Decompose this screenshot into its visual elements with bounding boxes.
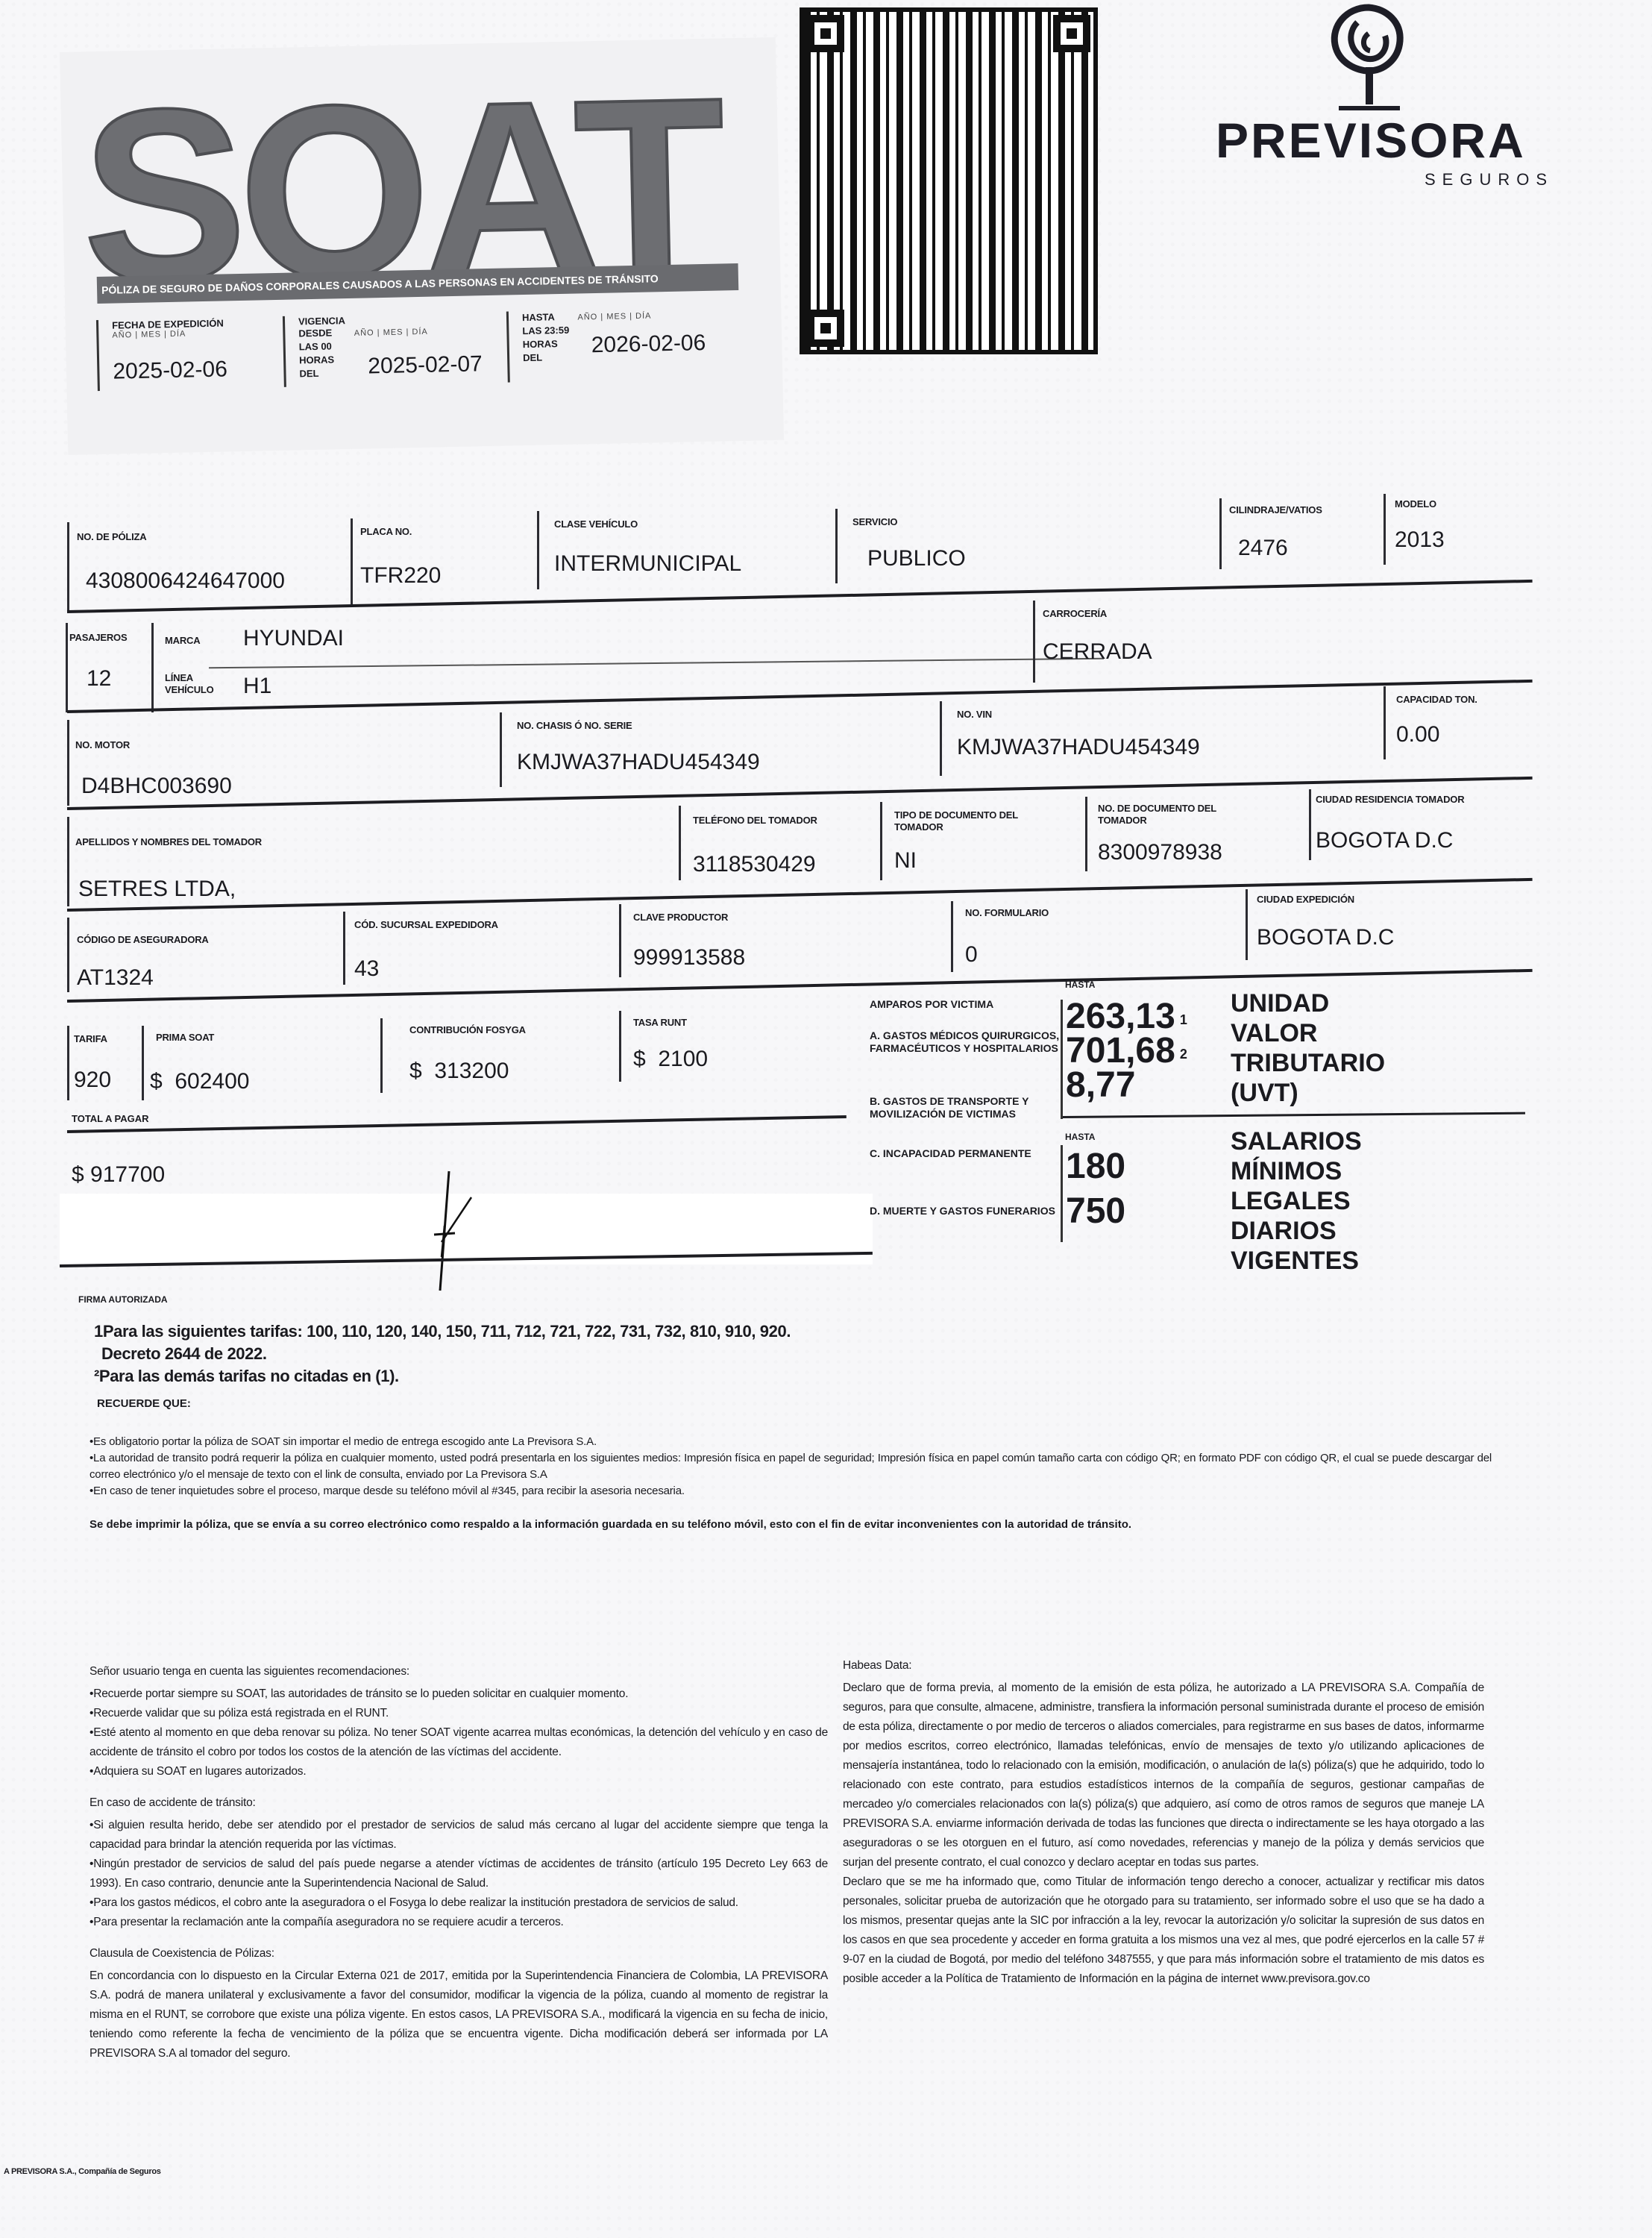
uvt-value-a2: 701,682 [1066,1034,1187,1068]
field-tomador-nombre: Apellidos y nombres del tomador SETRES L… [67,817,679,906]
unit-word: DIARIOS [1231,1216,1362,1246]
notes-section: 1Para las siguientes tarifas: 100, 110, … [89,1320,1492,1534]
field-value: $ 602400 [150,1069,249,1094]
qr-finder-icon [1053,15,1090,52]
field-ciudad-expedicion: Ciudad expedición BOGOTA D.C [1246,889,1529,960]
field-poliza: No. de póliza 4308006424647000 [67,522,351,612]
firma-label: Firma autorizada [78,1294,168,1305]
amparos-title: Amparos por victima [870,998,993,1011]
field-label: Servicio [852,516,1208,528]
vigencia-desde-sub: AÑO | MES | DÍA [354,327,428,338]
accident-title: En caso de accidente de tránsito: [89,1793,828,1813]
uvt-unit: UNIDAD VALOR TRIBUTARIO (UVT) [1231,988,1385,1108]
currency-symbol: $ [72,1162,84,1187]
field-tomador-num-doc: No. de documento del tomador 8300978938 [1085,797,1309,871]
field-label: No. de póliza [77,531,351,543]
amparo-b: B. Gastos de transporte y movilización d… [870,1095,1064,1120]
field-value: 43 [354,956,379,982]
qr-finder-icon [807,15,844,52]
field-value: KMJWA37HADU454349 [957,735,1200,760]
recuerde-title: RECUERDE QUE: [97,1397,1492,1411]
unit-word: (UVT) [1231,1078,1385,1108]
vigencia-desde-side: DESDE LAS 00 HORAS DEL [298,326,351,380]
field-tarifa: Tarifa 920 [67,1026,142,1100]
field-clave-productor: Clave productor 999913588 [619,904,876,977]
uvt-values: 263,131 701,682 8,77 [1061,1000,1187,1119]
rec-item: •Recuerde validar que su póliza está reg… [89,1704,828,1723]
field-cod-aseguradora: Código de aseguradora AT1324 [67,918,343,992]
field-cilindraje: Cilindraje/Vatios 2476 [1219,498,1380,569]
coexistencia-text: En concordancia con lo dispuesto en la C… [89,1966,828,2063]
total-amount: 917700 [90,1162,165,1187]
accident-item: •Si alguien resulta herido, debe ser ate… [89,1816,828,1855]
field-label: Ciudad expedición [1257,894,1529,906]
field-tomador-tipo-doc: Tipo de documento del tomador NI [880,802,1085,880]
accident-item: •Para presentar la reclamación ante la c… [89,1913,828,1932]
vigencia-desde-value: 2025-02-07 [368,351,483,379]
rec-title: Señor usuario tenga en cuenta las siguie… [89,1662,828,1681]
fecha-expedicion: Fecha de expedición AÑO | MES | DÍA 2025… [96,316,284,391]
amparos-section: Amparos por victima A. Gastos médicos qu… [865,970,1536,1298]
field-value: INTERMUNICIPAL [554,551,741,577]
habeas-p2: Declaro que se me ha informado que, como… [843,1872,1484,1989]
footnote-1b: Decreto 2644 de 2022. [101,1343,1492,1365]
currency-symbol: $ [150,1069,163,1094]
accident-item: •Ningún prestador de servicios de salud … [89,1855,828,1893]
field-label: Teléfono del tomador [693,815,880,827]
total-value: $ 917700 [72,1162,165,1188]
field-value: 999913588 [633,945,745,971]
unit-word: LEGALES [1231,1186,1362,1216]
field-label: Tarifa [74,1033,142,1045]
vigencia-hasta-side: HASTA LAS 23:59 HORAS DEL [522,310,575,365]
fosyga-amount: 313200 [434,1059,509,1083]
field-modelo: Modelo 2013 [1384,494,1533,565]
field-value: BOGOTA D.C [1316,828,1453,853]
field-label: Cód. sucursal expedidora [354,919,619,931]
recommendations-column: Señor usuario tenga en cuenta las siguie… [89,1655,828,2063]
previsora-brand: PREVISORA SEGUROS [1208,0,1559,194]
field-chasis: No. chasis ó No. serie KMJWA37HADU454349 [500,712,940,787]
field-label: Apellidos y nombres del tomador [75,836,679,848]
linea-value: H1 [243,674,271,699]
field-pasajeros: Pasajeros 12 [66,623,151,712]
rec-item: •Esté atento al momento en que deba reno… [89,1723,828,1762]
field-label: Carrocería [1043,608,1480,620]
coexistencia-title: Clausula de Coexistencia de Pólizas: [89,1944,828,1963]
recuerde-3: •En caso de tener inquietudes sobre el p… [89,1483,1492,1499]
field-value: 920 [74,1068,111,1093]
recuerde-1: •Es obligatorio portar la póliza de SOAT… [89,1434,1492,1450]
smldv-value-c: 180 [1066,1150,1125,1184]
field-marca-linea: Marca HYUNDAI Línea vehículo H1 [151,623,480,712]
field-value: 8300978938 [1098,840,1222,865]
fecha-expedicion-value: 2025-02-06 [113,357,227,384]
unit-word: VALOR [1231,1018,1385,1048]
smldv-unit: SALARIOS MÍNIMOS LEGALES DIARIOS VIGENTE… [1231,1126,1362,1276]
field-value: CERRADA [1043,639,1152,665]
field-label: No. de documento del tomador [1098,803,1247,827]
field-value: 12 [87,666,111,692]
unit-word: UNIDAD [1231,988,1385,1018]
field-value: 3118530429 [693,852,816,877]
unit-word: MÍNIMOS [1231,1156,1362,1186]
field-label: Contribución FOSYGA [409,1024,619,1036]
field-value: 4308006424647000 [86,568,285,594]
field-formulario: No. formulario 0 [951,901,1246,972]
field-label: Código de aseguradora [77,934,343,946]
qr-finder-icon [807,310,844,347]
accident-item: •Para los gastos médicos, el cobro ante … [89,1893,828,1913]
dates-row: Fecha de expedición AÑO | MES | DÍA 2025… [96,307,747,402]
field-label: Prima SOAT [156,1032,380,1044]
field-value: KMJWA37HADU454349 [517,750,760,775]
field-capacidad: Capacidad Ton. 0.00 [1384,686,1533,759]
field-fosyga: Contribución FOSYGA $ 313200 [380,1018,619,1093]
footnote-marker: 2 [1180,1047,1187,1062]
field-label: Pasajeros [69,632,151,644]
field-value: $ 2100 [633,1047,708,1072]
habeas-title: Habeas Data: [843,1656,1484,1676]
field-clase: Clase vehículo INTERMUNICIPAL [537,511,835,589]
brand-name: PREVISORA [1216,112,1526,169]
field-value: TFR220 [360,563,441,589]
vigencia-hasta: HASTA LAS 23:59 HORAS DEL AÑO | MES | DÍ… [506,307,732,382]
field-placa: Placa No. TFR220 [351,518,537,604]
runt-amount: 2100 [658,1047,708,1071]
field-label: No. chasis ó No. serie [517,720,940,732]
field-label: Tasa RUNT [633,1017,865,1029]
field-label: Cilindraje/Vatios [1229,504,1380,516]
field-label: Línea vehículo [165,672,232,696]
currency-symbol: $ [633,1047,646,1071]
habeas-data-column: Habeas Data: Declaro que de forma previa… [843,1649,1484,1989]
footer-company: A PREVISORA S.A., Compañía de Seguros [4,2167,161,2176]
hasta-label: HASTA [1065,979,1095,991]
field-label: No. VIN [957,709,1357,721]
field-label: No. motor [75,739,500,751]
field-value: 2013 [1395,527,1445,553]
field-carroceria: Carrocería CERRADA [1033,601,1480,683]
tree-logo-icon [1316,0,1421,112]
field-label: Marca [165,635,200,647]
field-value: PUBLICO [867,546,966,571]
amparo-c: C. Incapacidad permanente [870,1147,1031,1160]
field-label: Clase vehículo [554,518,835,530]
field-label: Modelo [1395,498,1533,510]
field-label: Tipo de documento del tomador [894,809,1043,833]
field-vin: No. VIN KMJWA37HADU454349 [940,701,1357,776]
field-runt: Tasa RUNT $ 2100 [619,1011,865,1082]
field-label: Placa No. [360,526,537,538]
footnote-1: 1Para las siguientes tarifas: 100, 110, … [94,1320,1492,1343]
smldv-values: 180 750 [1061,1145,1125,1242]
unit-word: TRIBUTARIO [1231,1048,1385,1078]
recuerde-2: •La autoridad de transito podrá requerir… [89,1450,1492,1483]
hasta-label: HASTA [1065,1131,1095,1144]
brand-sub: SEGUROS [1425,170,1554,189]
field-value: 0 [965,942,978,968]
field-value: SETRES LTDA, [78,877,236,902]
field-value: 2476 [1238,536,1288,561]
field-value: NI [894,848,917,874]
uvt-value-b: 8,77 [1066,1068,1187,1103]
field-tomador-ciudad: Ciudad residencia tomador BOGOTA D.C [1309,789,1533,860]
qr-code-icon [800,7,1098,354]
footnote-marker: 1 [1180,1012,1187,1027]
field-prima: Prima SOAT $ 602400 [142,1026,380,1100]
marca-value: HYUNDAI [243,626,344,651]
prima-amount: 602400 [175,1069,249,1094]
field-value: AT1324 [77,965,154,991]
unit-word: VIGENTES [1231,1246,1362,1276]
field-value: BOGOTA D.C [1257,925,1394,950]
field-label: Clave productor [633,912,876,924]
smldv-value-d: 750 [1066,1194,1125,1229]
vigencia-desde: Vigencia DESDE LAS 00 HORAS DEL AÑO | ME… [283,312,508,387]
vigencia-hasta-sub: AÑO | MES | DÍA [577,312,651,322]
field-label: No. formulario [965,907,1246,919]
habeas-p1: Declaro que de forma previa, al momento … [843,1678,1484,1872]
total-label: Total a pagar [72,1113,149,1124]
unit-word: SALARIOS [1231,1126,1362,1156]
field-servicio: Servicio PUBLICO [835,509,1208,583]
field-value: D4BHC003690 [81,774,232,799]
footnote-2: ²Para las demás tarifas no citadas en (1… [94,1365,1492,1388]
vigencia-hasta-value: 2026-02-06 [591,330,706,358]
currency-symbol: $ [409,1059,422,1083]
signature-mark-icon [425,1167,485,1294]
field-cod-sucursal: Cód. sucursal expedidora 43 [343,912,619,985]
field-tomador-telefono: Teléfono del tomador 3118530429 [679,806,880,880]
amparo-d: D. Muerte y gastos funerarios [870,1205,1055,1217]
field-motor: No. motor D4BHC003690 [67,720,500,806]
field-value: $ 313200 [409,1059,509,1084]
uvt-value-a1: 263,131 [1066,1000,1187,1034]
rec-item: •Adquiera su SOAT en lugares autorizados… [89,1762,828,1781]
field-value: 0.00 [1396,722,1439,747]
rec-item: •Recuerde portar siempre su SOAT, las au… [89,1684,828,1704]
field-label: Capacidad Ton. [1396,694,1533,706]
imprimir-note: Se debe imprimir la póliza, que se envía… [89,1516,1492,1534]
field-label: Ciudad residencia tomador [1316,794,1533,806]
